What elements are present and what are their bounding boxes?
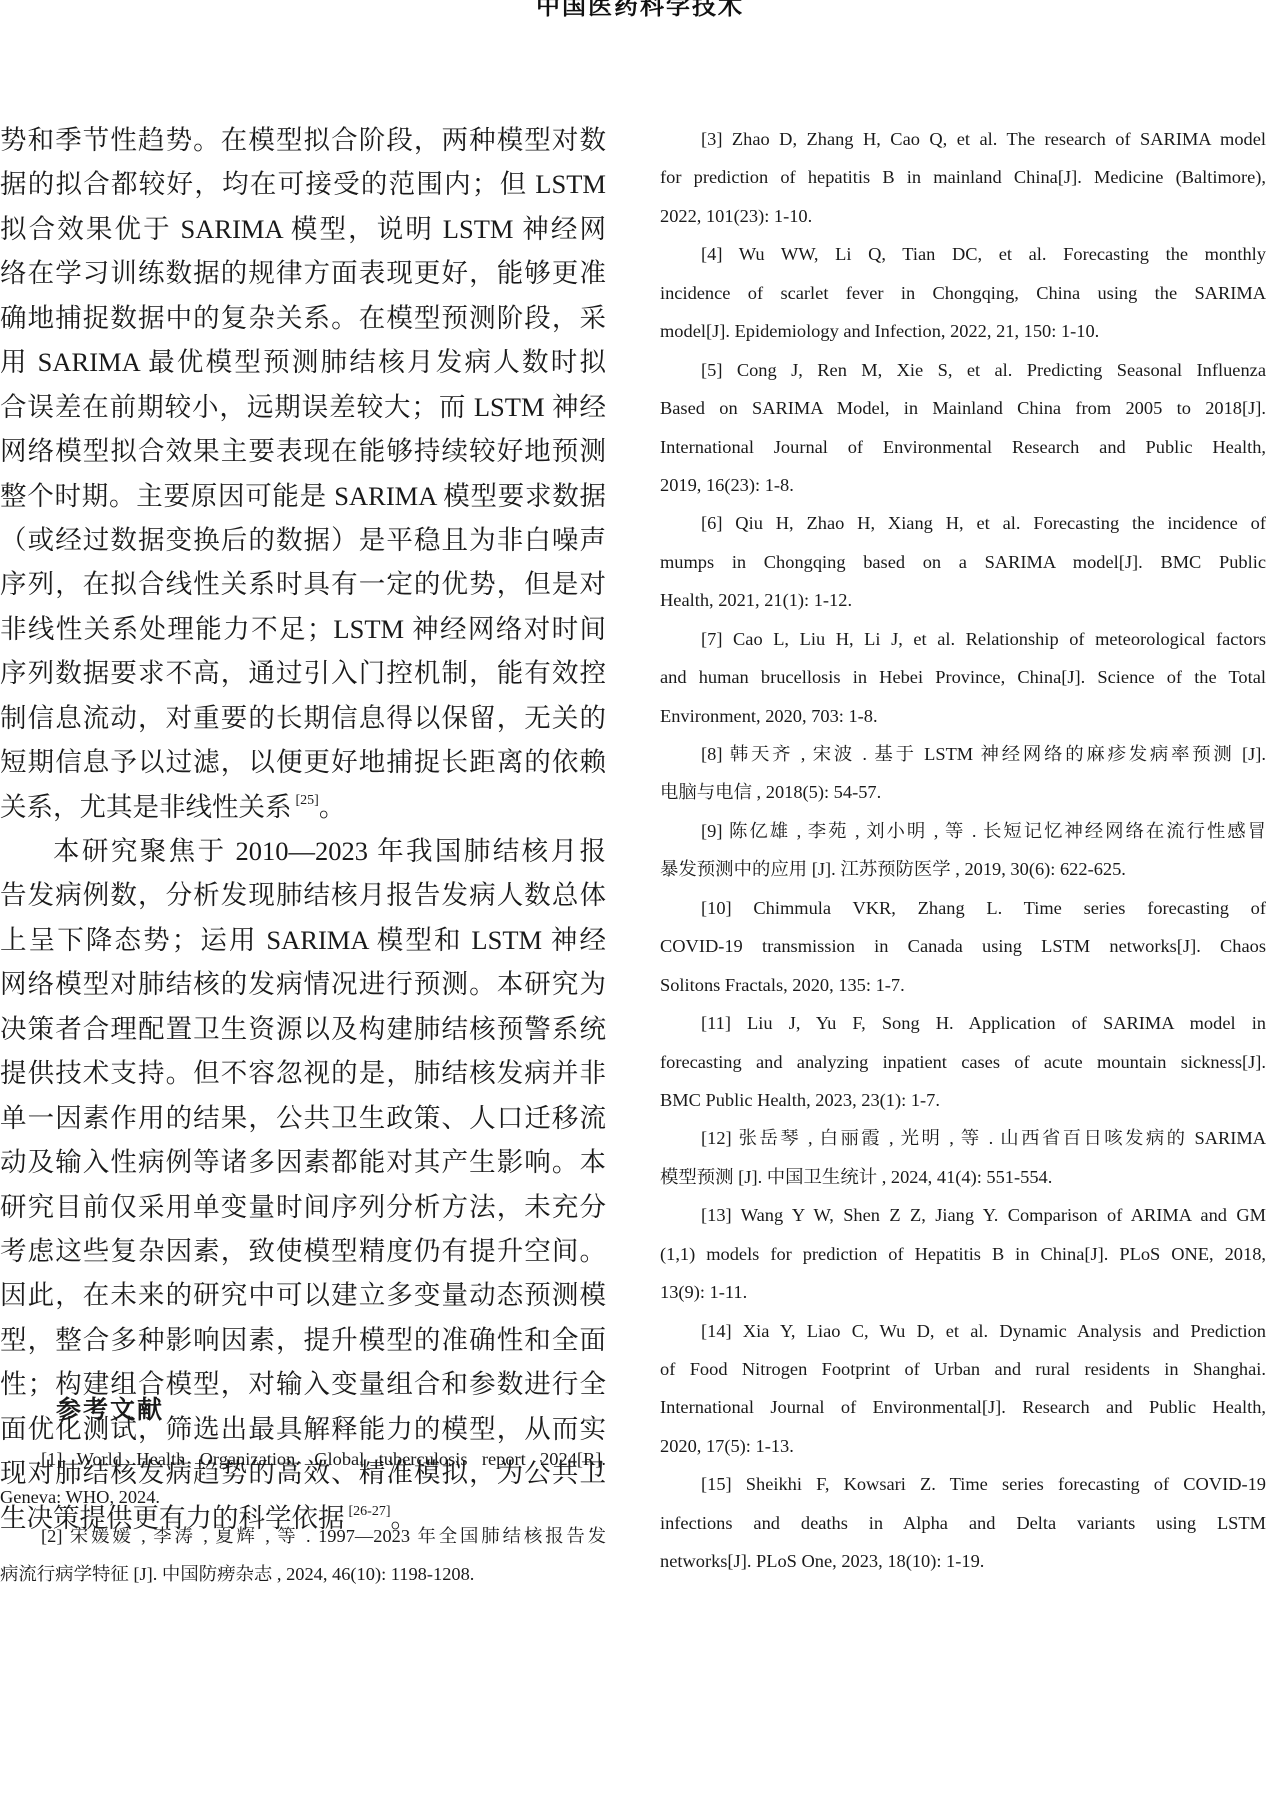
reference-line: Environment, 2020, 703: 1-8. [660, 697, 1266, 735]
reference-item-7: [7] Cao L, Liu H, Li J, et al. Relations… [660, 620, 1266, 735]
reference-item-5: [5] Cong J, Ren M, Xie S, et al. Predict… [660, 351, 1266, 505]
body-paragraph-conclusion: 本研究聚焦于 2010—2023 年我国肺结核月报 告发病例数，分析发现肺结核月… [0, 829, 606, 1540]
reference-line: [15] Sheikhi F, Kowsari Z. Time series f… [660, 1465, 1266, 1503]
reference-line: [4] Wu WW, Li Q, Tian DC, et al. Forecas… [660, 235, 1266, 273]
text-line: 拟合效果优于 SARIMA 模型，说明 LSTM 神经网 [0, 207, 606, 251]
reference-line: International Journal of Environmental[J… [660, 1388, 1266, 1426]
text-line: 合误差在前期较小，远期误差较大；而 LSTM 神经 [0, 385, 606, 429]
reference-line: [7] Cao L, Liu H, Li J, et al. Relations… [660, 620, 1266, 658]
reference-line: [14] Xia Y, Liao C, Wu D, et al. Dynamic… [660, 1312, 1266, 1350]
references-list-left: [1] World Health Organization. Global tu… [0, 1440, 606, 1594]
running-head-journal-title: 中国医药科学技术 [0, 0, 1280, 21]
text-line: 制信息流动，对重要的长期信息得以保留，无关的 [0, 696, 606, 740]
text-line: 络在学习训练数据的规律方面表现更好，能够更准 [0, 251, 606, 295]
reference-line: COVID-19 transmission in Canada using LS… [660, 927, 1266, 965]
reference-item-9: [9] 陈亿雄 , 李苑 , 刘小明 , 等 . 长短记忆神经网络在流行性感冒 … [660, 812, 1266, 889]
reference-line: and human brucellosis in Hebei Province,… [660, 658, 1266, 696]
reference-line: [1] World Health Organization. Global tu… [0, 1440, 606, 1478]
reference-line: [5] Cong J, Ren M, Xie S, et al. Predict… [660, 351, 1266, 389]
text-line: 确地捕捉数据中的复杂关系。在模型预测阶段，采 [0, 296, 606, 340]
text-line: 序列数据要求不高，通过引入门控机制，能有效控 [0, 651, 606, 695]
reference-line: 2020, 17(5): 1-13. [660, 1427, 1266, 1465]
reference-line: Geneva: WHO, 2024. [0, 1478, 606, 1516]
text-line: 短期信息予以过滤，以便更好地捕捉长距离的依赖 [0, 740, 606, 784]
reference-line: [2] 宋媛媛 , 李涛 , 夏辉 , 等 . 1997—2023 年全国肺结核… [0, 1517, 606, 1555]
reference-line: BMC Public Health, 2023, 23(1): 1-7. [660, 1081, 1266, 1119]
reference-line: 2022, 101(23): 1-10. [660, 197, 1266, 235]
text-line: 动及输入性病例等诸多因素都能对其产生影响。本 [0, 1140, 606, 1184]
text-line: 非线性关系处理能力不足；LSTM 神经网络对时间 [0, 607, 606, 651]
references-heading: 参考文献 [56, 1390, 164, 1426]
reference-line: mumps in Chongqing based on a SARIMA mod… [660, 543, 1266, 581]
text-line: 关系，尤其是非线性关系 [0, 792, 292, 822]
reference-line: [12] 张岳琴 , 白丽霞 , 光明 , 等 . 山西省百日咳发病的 SARI… [660, 1119, 1266, 1157]
text-line: 提供技术支持。但不容忽视的是，肺结核发病并非 [0, 1051, 606, 1095]
reference-line: [13] Wang Y W, Shen Z Z, Jiang Y. Compar… [660, 1196, 1266, 1234]
reference-line: [11] Liu J, Yu F, Song H. Application of… [660, 1004, 1266, 1042]
text-line: 整个时期。主要原因可能是 SARIMA 模型要求数据 [0, 474, 606, 518]
text-line: 势和季节性趋势。在模型拟合阶段，两种模型对数 [0, 118, 606, 162]
reference-item-15: [15] Sheikhi F, Kowsari Z. Time series f… [660, 1465, 1266, 1580]
reference-line: infections and deaths in Alpha and Delta… [660, 1504, 1266, 1542]
text-line: 考虑这些复杂因素，致使模型精度仍有提升空间。 [0, 1229, 606, 1273]
text-line: 因此，在未来的研究中可以建立多变量动态预测模 [0, 1273, 606, 1317]
reference-line: 病流行病学特征 [J]. 中国防痨杂志 , 2024, 46(10): 1198… [0, 1555, 606, 1593]
reference-item-11: [11] Liu J, Yu F, Song H. Application of… [660, 1004, 1266, 1119]
text-line: 决策者合理配置卫生资源以及构建肺结核预警系统 [0, 1007, 606, 1051]
reference-item-2: [2] 宋媛媛 , 李涛 , 夏辉 , 等 . 1997—2023 年全国肺结核… [0, 1517, 606, 1594]
text-line: 上呈下降态势；运用 SARIMA 模型和 LSTM 神经 [0, 918, 606, 962]
reference-line: (1,1) models for prediction of Hepatitis… [660, 1235, 1266, 1273]
reference-line: International Journal of Environmental R… [660, 428, 1266, 466]
text-line: 据的拟合都较好，均在可接受的范围内；但 LSTM [0, 162, 606, 206]
reference-line: 模型预测 [J]. 中国卫生统计 , 2024, 41(4): 551-554. [660, 1158, 1266, 1196]
reference-item-10: [10] Chimmula VKR, Zhang L. Time series … [660, 889, 1266, 1004]
text-line: 网络模型对肺结核的发病情况进行预测。本研究为 [0, 962, 606, 1006]
reference-line: [6] Qiu H, Zhao H, Xiang H, et al. Forec… [660, 504, 1266, 542]
reference-item-4: [4] Wu WW, Li Q, Tian DC, et al. Forecas… [660, 235, 1266, 350]
reference-line: Health, 2021, 21(1): 1-12. [660, 581, 1266, 619]
reference-line: [3] Zhao D, Zhang H, Cao Q, et al. The r… [660, 120, 1266, 158]
reference-item-12: [12] 张岳琴 , 白丽霞 , 光明 , 等 . 山西省百日咳发病的 SARI… [660, 1119, 1266, 1196]
references-list-right: [3] Zhao D, Zhang H, Cao Q, et al. The r… [660, 120, 1266, 1581]
reference-line: networks[J]. PLoS One, 2023, 18(10): 1-1… [660, 1542, 1266, 1580]
reference-item-14: [14] Xia Y, Liao C, Wu D, et al. Dynamic… [660, 1312, 1266, 1466]
reference-line: 13(9): 1-11. [660, 1273, 1266, 1311]
body-paragraph-discussion: 势和季节性趋势。在模型拟合阶段，两种模型对数 据的拟合都较好，均在可接受的范围内… [0, 118, 606, 829]
reference-line: [8] 韩天齐 , 宋波 . 基于 LSTM 神经网络的麻疹发病率预测 [J]. [660, 735, 1266, 773]
text-line: 本研究聚焦于 2010—2023 年我国肺结核月报 [0, 829, 606, 873]
reference-line: Based on SARIMA Model, in Mainland China… [660, 389, 1266, 427]
text-line: 序列，在拟合线性关系时具有一定的优势，但是对 [0, 562, 606, 606]
text-line: 型，整合多种影响因素，提升模型的准确性和全面 [0, 1318, 606, 1362]
sentence-end: 。 [319, 792, 346, 822]
reference-item-8: [8] 韩天齐 , 宋波 . 基于 LSTM 神经网络的麻疹发病率预测 [J].… [660, 735, 1266, 812]
reference-line: of Food Nitrogen Footprint of Urban and … [660, 1350, 1266, 1388]
text-line-with-citation: 关系，尤其是非线性关系[25]。 [0, 785, 606, 829]
reference-item-1: [1] World Health Organization. Global tu… [0, 1440, 606, 1517]
reference-line: incidence of scarlet fever in Chongqing,… [660, 274, 1266, 312]
reference-line: for prediction of hepatitis B in mainlan… [660, 158, 1266, 196]
text-line: 单一因素作用的结果，公共卫生政策、人口迁移流 [0, 1096, 606, 1140]
text-line: 网络模型拟合效果主要表现在能够持续较好地预测 [0, 429, 606, 473]
reference-item-3: [3] Zhao D, Zhang H, Cao Q, et al. The r… [660, 120, 1266, 235]
text-line: 用 SARIMA 最优模型预测肺结核月发病人数时拟 [0, 340, 606, 384]
body-column-left: 势和季节性趋势。在模型拟合阶段，两种模型对数 据的拟合都较好，均在可接受的范围内… [0, 118, 606, 1540]
reference-line: 暴发预测中的应用 [J]. 江苏预防医学 , 2019, 30(6): 622-… [660, 850, 1266, 888]
reference-line: [9] 陈亿雄 , 李苑 , 刘小明 , 等 . 长短记忆神经网络在流行性感冒 [660, 812, 1266, 850]
reference-line: 2019, 16(23): 1-8. [660, 466, 1266, 504]
reference-line: forecasting and analyzing inpatient case… [660, 1043, 1266, 1081]
text-line: 告发病例数，分析发现肺结核月报告发病人数总体 [0, 873, 606, 917]
reference-line: Solitons Fractals, 2020, 135: 1-7. [660, 966, 1266, 1004]
reference-line: model[J]. Epidemiology and Infection, 20… [660, 312, 1266, 350]
reference-line: [10] Chimmula VKR, Zhang L. Time series … [660, 889, 1266, 927]
reference-line: 电脑与电信 , 2018(5): 54-57. [660, 773, 1266, 811]
citation-marker[interactable]: [25] [296, 793, 319, 808]
reference-item-13: [13] Wang Y W, Shen Z Z, Jiang Y. Compar… [660, 1196, 1266, 1311]
text-line: 研究目前仅采用单变量时间序列分析方法，未充分 [0, 1185, 606, 1229]
text-line: （或经过数据变换后的数据）是平稳且为非白噪声 [0, 518, 606, 562]
reference-item-6: [6] Qiu H, Zhao H, Xiang H, et al. Forec… [660, 504, 1266, 619]
